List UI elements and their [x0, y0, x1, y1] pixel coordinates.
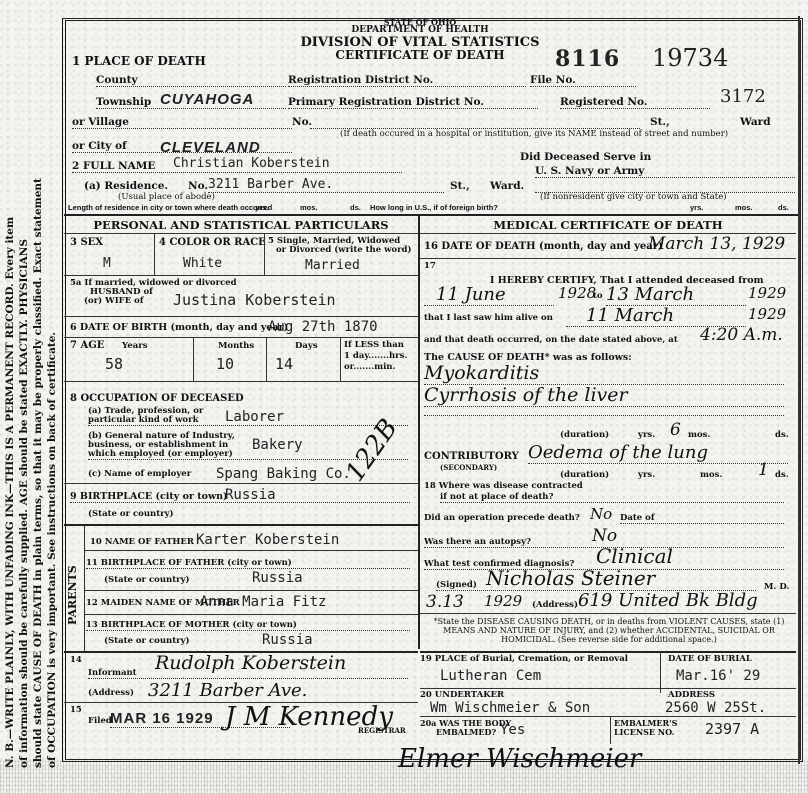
divider: [64, 316, 418, 317]
burial-place-value: Lutheran Cem: [440, 668, 541, 684]
informant-address-value: 3211 Barber Ave.: [148, 680, 307, 701]
secondary-label: (SECONDARY): [440, 463, 497, 472]
embalmed-value: Yes: [500, 722, 525, 738]
employer-label: (c) Name of employer: [88, 469, 191, 479]
divider: [264, 233, 265, 275]
certificate-header: STATE OF OHIO DEPARTMENT OF HEALTH DIVIS…: [270, 18, 570, 62]
divider: [64, 233, 418, 234]
age-years: 58: [105, 355, 123, 373]
contrib-duration-ds: 1: [758, 460, 769, 480]
marital-label-2: or Divorced (write the word): [276, 245, 412, 255]
cause-duration-mos: 6: [670, 420, 681, 440]
certificate-title: CERTIFICATE OF DEATH: [270, 49, 570, 62]
informant-value: Rudolph Koberstein: [155, 652, 346, 674]
margin-line-4: of OCCUPATION is very important. See ins…: [46, 8, 58, 768]
attended-to-year: 1929: [748, 284, 786, 302]
personal-section-title: PERSONAL AND STATISTICAL PARTICULARS: [64, 218, 418, 232]
length-residence-label: Length of residence in city or town wher…: [68, 203, 272, 212]
attended-to: 13 March: [606, 284, 746, 306]
mother-value: Anna Maria Fitz: [200, 594, 326, 610]
less-than-3: or.......min.: [344, 362, 395, 372]
divider: [64, 214, 798, 216]
district-stamp: 8116: [555, 46, 620, 72]
abode-note: (Usual place of abode): [118, 192, 215, 202]
residence-ward-label: Ward.: [490, 180, 524, 192]
months-label: Months: [218, 341, 254, 351]
navy-label-1: Did Deceased Serve in: [520, 151, 651, 163]
mother-birthplace-label: 13 BIRTHPLACE OF MOTHER (city or town): [86, 620, 410, 631]
father-state-label: (State or country): [104, 575, 190, 585]
burial-place-label: 19 PLACE of Burial, Cremation, or Remova…: [420, 654, 628, 664]
sign-date: 3.13: [426, 592, 464, 612]
divider: [420, 716, 796, 717]
us-ds: ds.: [778, 203, 789, 212]
burial-date-label: DATE OF BURIAL: [668, 654, 752, 664]
date-of-label: Date of: [620, 513, 784, 524]
embalmer-signature: Elmer Wischmeier: [398, 744, 641, 774]
divider: [340, 337, 341, 381]
operation-label: Did an operation precede death?: [424, 513, 580, 523]
undertaker-address-value: 2560 W 25St.: [665, 700, 766, 716]
place-of-death-label: 1 PLACE OF DEATH: [72, 54, 206, 68]
father-birthplace-value: Russia: [252, 570, 303, 586]
divider: [660, 651, 661, 693]
township-value: CUYAHOGA: [160, 91, 254, 108]
dod-label: 16 DATE OF DEATH (month, day and year): [424, 241, 663, 252]
divider: [64, 275, 418, 276]
divider: [420, 613, 796, 614]
street-field: [310, 116, 640, 129]
days-label: Days: [295, 341, 318, 351]
mother-birthplace-value: Russia: [262, 632, 313, 648]
us-mos: mos.: [735, 203, 753, 212]
divider: [84, 524, 85, 652]
sex-label: 3 SEX: [70, 237, 103, 248]
dob-value: Aug 27th 1870: [268, 319, 378, 335]
industry-value: Bakery: [252, 437, 303, 453]
divider: [154, 233, 155, 275]
mother-state-label: (State or country): [104, 636, 190, 646]
nonresident-note: (If nonresident give city or town and St…: [540, 192, 727, 202]
sex-value: M: [103, 256, 111, 271]
item17-num: 17: [424, 261, 436, 271]
divider: [84, 550, 418, 551]
residence-st-label: St.,: [450, 180, 470, 192]
last-saw-value: 11 March: [566, 305, 746, 327]
primary-registration-label: Primary Registration District No.: [288, 96, 538, 109]
undertaker-address-label: ADDRESS: [668, 690, 715, 700]
age-label: 7 AGE: [70, 340, 104, 351]
divider: [420, 651, 796, 653]
dob-label: 6 DATE OF BIRTH (month, day and year): [70, 322, 288, 333]
registered-no-value: 3172: [720, 86, 766, 107]
undertaker-value: Wm Wischmeier & Son: [430, 700, 590, 716]
license-label-2: LICENSE NO.: [614, 727, 674, 737]
last-saw-year: 1929: [748, 305, 786, 323]
cause-2: Cyrrhosis of the liver: [424, 384, 784, 407]
medical-address-value: 619 United Bk Bldg: [578, 590, 758, 611]
divider: [84, 590, 418, 591]
file-no-label: File No.: [530, 74, 636, 87]
registered-no-label: Registered No.: [560, 96, 710, 109]
village-label: or Village: [72, 116, 292, 129]
contributory-value: Oedema of the lung: [528, 442, 788, 464]
spouse-label-3: (or) WIFE of: [84, 296, 143, 306]
father-label: 10 NAME OF FATHER: [90, 537, 194, 547]
informant-address-label: (Address): [88, 688, 134, 698]
divider: [193, 337, 194, 381]
less-than-1: If LESS than: [344, 340, 404, 350]
test-value: Clinical: [596, 544, 673, 568]
sign-year: 1929: [484, 592, 522, 610]
cause-line-3: [424, 414, 784, 416]
age-months: 10: [216, 355, 234, 373]
residence-label: (a) Residence.: [84, 180, 168, 192]
ward-label: Ward: [740, 116, 771, 128]
navy-label-2: U. S. Navy or Army: [535, 165, 795, 178]
informant-num: 14: [70, 655, 82, 665]
trade-value: Laborer: [225, 409, 284, 425]
divider: [266, 337, 267, 381]
undertaker-label: 20 UNDERTAKER: [420, 690, 504, 700]
father-value: Karter Koberstein: [196, 532, 339, 548]
county-label: County: [96, 74, 286, 87]
hospital-note: (If death occured in a hospital or insti…: [340, 129, 728, 139]
item18-label-1: 18 Where was disease contracted: [424, 481, 583, 491]
division-name: DIVISION OF VITAL STATISTICS: [270, 36, 570, 50]
last-saw-label: that I last saw him alive on: [424, 313, 553, 323]
divider: [64, 483, 418, 484]
filed-num: 15: [70, 705, 82, 715]
column-divider: [418, 214, 420, 649]
margin-line-1: N. B.—WRITE PLAINLY, WITH UNFADING INK—T…: [4, 8, 16, 768]
operation-value: No: [590, 505, 612, 523]
length-ds: ds.: [350, 203, 361, 212]
contrib-duration-label: (duration): [560, 470, 609, 480]
contributory-label: CONTRIBUTORY: [424, 451, 519, 462]
less-than-2: 1 day.......hrs.: [344, 351, 407, 361]
residence-value: 3211 Barber Ave.: [208, 177, 444, 193]
registration-district-label: Registration District No.: [288, 74, 526, 87]
margin-instructions: N. B.—WRITE PLAINLY, WITH UNFADING INK—T…: [4, 8, 60, 768]
burial-date-value: Mar.16' 29: [676, 668, 760, 684]
duration-label: (duration): [560, 430, 609, 440]
right-border: [798, 16, 808, 764]
race-label: 4 COLOR OR RACE: [159, 237, 266, 248]
city-value: CLEVELAND: [160, 139, 261, 156]
md-label: M. D.: [764, 582, 789, 592]
full-name-value: Christian Koberstein: [173, 156, 330, 171]
years-label: Years: [122, 341, 148, 351]
time-value: 4:20 A.m.: [700, 325, 783, 345]
length-yrs: yrs.: [255, 203, 268, 212]
age-days: 14: [275, 355, 293, 373]
margin-line-2: of information should be carefully suppl…: [18, 8, 30, 768]
filed-label: Filed: [88, 716, 112, 726]
medical-section-title: MEDICAL CERTIFICATE OF DEATH: [420, 218, 796, 232]
birthplace-value: Russia: [225, 487, 276, 503]
father-birthplace-label: 11 BIRTHPLACE OF FATHER (city or town): [86, 558, 410, 569]
item18-label-2: if not at place of death?: [440, 492, 784, 503]
employer-value: Spang Baking Co.: [216, 466, 351, 482]
st-label: St.,: [650, 116, 670, 128]
marital-value: Married: [305, 258, 360, 273]
occupation-label: 8 OCCUPATION OF DECEASED: [70, 393, 244, 404]
parents-side-label: PARENTS: [66, 540, 82, 650]
divider: [64, 337, 418, 338]
margin-line-3: should state CAUSE OF DEATH in plain ter…: [32, 8, 44, 768]
license-value: 2397 A: [705, 720, 759, 738]
race-value: White: [183, 256, 222, 271]
divider: [420, 258, 796, 259]
divider: [420, 688, 796, 689]
us-yrs: yrs.: [690, 203, 703, 212]
attended-from: 11 June: [424, 284, 554, 306]
signed-value: Nicholas Steiner: [486, 566, 655, 590]
residence-no-label: No.: [188, 180, 208, 192]
length-mos: mos.: [300, 203, 318, 212]
occurred-label: and that death occurred, on the date sta…: [424, 335, 678, 345]
attended-from-year: 1928: [558, 284, 596, 302]
file-number: 19734: [652, 44, 728, 72]
cause-footnote: *State the DISEASE CAUSING DEATH, or in …: [425, 617, 793, 645]
spouse-value: Justina Koberstein: [173, 291, 336, 309]
divider: [64, 524, 418, 526]
divider: [84, 614, 418, 615]
embalmed-label-2: EMBALMED?: [436, 727, 496, 737]
registrar-label: REGISTRAR: [358, 726, 406, 735]
how-long-us-label: How long in U.S., if of foreign birth?: [370, 203, 498, 212]
dod-value: March 13, 1929: [648, 234, 785, 254]
cause-1: Myokarditis: [424, 362, 784, 385]
to-label: to: [593, 291, 603, 301]
divider: [610, 716, 611, 744]
medical-address-label: (Address): [532, 600, 578, 610]
divider: [64, 381, 418, 382]
birthplace-state-label: (State or country): [88, 509, 174, 519]
autopsy-value: No: [592, 526, 617, 546]
